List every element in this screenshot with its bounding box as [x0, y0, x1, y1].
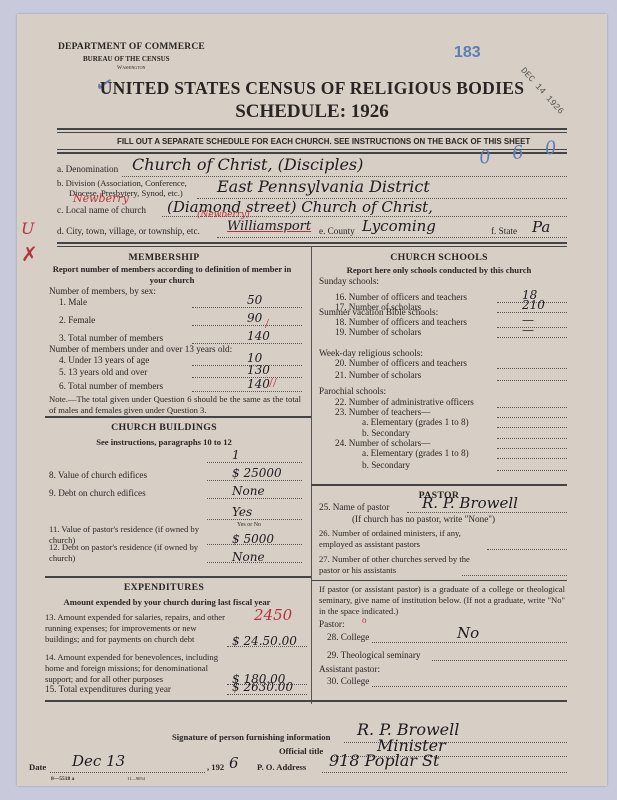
schools-row-6-label: 21. Number of scholars	[335, 370, 421, 380]
expenditures-q13-value[interactable]: $ 24.50.00	[232, 634, 297, 648]
form-number: 8—5518 a	[51, 776, 74, 782]
local-name-correction: Newberry	[73, 192, 129, 205]
expenditure-q13-correction: 2450	[254, 606, 292, 624]
membership-q1-label: 1. Male	[59, 297, 87, 307]
division-label-1: b. Division (Association, Conference,	[57, 178, 187, 188]
red-tick-icon: /	[265, 317, 269, 333]
expenditures-q14-label: 14. Amount expended for benevolences, in…	[45, 652, 225, 685]
official-title-label: Official title	[279, 746, 323, 756]
membership-q2-value[interactable]: 90	[247, 311, 262, 325]
state-value[interactable]: Pa	[532, 218, 550, 236]
department-label: DEPARTMENT OF COMMERCE	[58, 42, 205, 52]
census-schedule-form: DEPARTMENT OF COMMERCE BUREAU OF THE CEN…	[17, 14, 607, 786]
church-schools-title: CHURCH SCHOOLS	[311, 252, 567, 263]
yes-no-hint: Yes or No	[237, 522, 261, 528]
q28-label: 28. College	[327, 632, 369, 642]
membership-q2-label: 2. Female	[59, 315, 95, 325]
expenditures-q13-label: 13. Amount expended for salaries, repair…	[45, 612, 225, 645]
weekday-schools-label: Week-day religious schools:	[319, 348, 423, 358]
po-address-value[interactable]: 918 Poplar St	[329, 751, 439, 770]
graduate-instructions: If pastor (or assistant pastor) is a gra…	[319, 584, 565, 617]
schools-row-12-label: a. Elementary (grades 1 to 8)	[362, 448, 469, 458]
form-title: UNITED STATES CENSUS OF RELIGIOUS BODIES	[17, 78, 607, 99]
q30-label: 30. College	[327, 676, 369, 686]
schools-row-5-label: 20. Number of officers and teachers	[335, 358, 467, 368]
membership-title: MEMBERSHIP	[17, 252, 311, 263]
schools-row-2-label: 17. Number of scholars	[335, 302, 421, 312]
schools-row-4-label: 19. Number of scholars	[335, 327, 421, 337]
date-label: Date	[29, 762, 46, 772]
pastor-name-value[interactable]: R. P. Browell	[422, 494, 518, 512]
buildings-title: CHURCH BUILDINGS	[17, 422, 311, 433]
assistant-pastor-label: Assistant pastor:	[319, 664, 380, 674]
schools-row-1-label: 16. Number of officers and teachers	[335, 292, 467, 302]
pastor-sub-label: Pastor:	[319, 619, 345, 629]
po-address-label: P. O. Address	[257, 762, 306, 772]
buildings-q12-value[interactable]: None	[232, 550, 265, 564]
pastor-name-hint: (If church has no pastor, write "None")	[352, 514, 495, 524]
q27-label: 27. Number of other churches served by t…	[319, 554, 479, 576]
local-name-label: c. Local name of church	[57, 205, 146, 215]
expenditures-q15-label: 15. Total expenditures during year	[45, 684, 171, 694]
membership-q6-label: 6. Total number of members	[59, 381, 163, 391]
signature-label: Signature of person furnishing informati…	[172, 732, 330, 742]
city-value[interactable]: Williamsport	[227, 219, 311, 234]
schools-row-9-label: a. Elementary (grades 1 to 8)	[362, 417, 469, 427]
sunday-schools-label: Sunday schools:	[319, 276, 379, 286]
expenditures-q15-value[interactable]: $ 2630.00	[232, 680, 293, 694]
year-suffix[interactable]: 6	[229, 754, 239, 772]
parochial-schools-label: Parochial schools:	[319, 386, 386, 396]
division-value[interactable]: East Pennsylvania District	[217, 177, 430, 196]
buildings-q12-label: 12. Debt on pastor's residence (if owned…	[49, 542, 224, 564]
denomination-label: a. Denomination	[57, 164, 118, 174]
red-margin-mark: U	[21, 219, 34, 238]
buildings-q8-value[interactable]: $ 25000	[232, 466, 282, 480]
buildings-q9-label: 9. Debt on church edifices	[49, 488, 146, 498]
q29-label: 29. Theological seminary	[327, 650, 420, 660]
county-value[interactable]: Lycoming	[362, 217, 436, 235]
denomination-value[interactable]: Church of Christ, (Disciples)	[132, 155, 363, 174]
church-schools-subtitle: Report here only schools conducted by th…	[311, 265, 567, 275]
date-value[interactable]: Dec 13	[72, 752, 125, 770]
q26-label: 26. Number of ordained ministers, if any…	[319, 528, 479, 550]
membership-q3-label: 3. Total number of members	[59, 333, 163, 343]
year-prefix: , 192	[207, 762, 224, 772]
buildings-q9-value[interactable]: None	[232, 484, 265, 498]
buildings-q11-value[interactable]: $ 5000	[232, 532, 274, 546]
membership-q5-label: 5. 13 years old and over	[59, 367, 147, 377]
buildings-subtitle: See instructions, paragraphs 10 to 12	[17, 437, 311, 447]
buildings-q8-label: 8. Value of church edifices	[49, 470, 147, 480]
expenditures-title: EXPENDITURES	[17, 582, 311, 593]
schools-row-13-label: b. Secondary	[362, 460, 410, 470]
membership-q5-value[interactable]: 130	[247, 363, 270, 377]
membership-q4-label: 4. Under 13 years of age	[59, 355, 149, 365]
members-by-sex-label: Number of members, by sex:	[49, 286, 156, 296]
instruction-banner: FILL OUT A SEPARATE SCHEDULE FOR EACH CH…	[117, 136, 530, 146]
membership-q6-value[interactable]: 140	[247, 377, 270, 391]
print-code: 11—9054	[127, 776, 145, 781]
county-label: e. County	[319, 226, 355, 236]
schools-row-8-label: 23. Number of teachers—	[335, 407, 430, 417]
members-by-age-label: Number of members under and over 13 year…	[49, 344, 232, 354]
bureau-label: BUREAU OF THE CENSUS	[83, 55, 170, 63]
schools-row-2-value[interactable]: 210	[522, 298, 545, 312]
schools-row-11-label: 24. Number of scholars—	[335, 438, 430, 448]
q28-value[interactable]: No	[457, 624, 479, 642]
stamp-number: 183	[454, 44, 481, 62]
buildings-q7-value[interactable]: 1	[232, 448, 240, 462]
schools-row-10-label: b. Secondary	[362, 428, 410, 438]
pastor-name-label: 25. Name of pastor	[319, 502, 389, 512]
schools-row-3-label: 18. Number of officers and teachers	[335, 317, 467, 327]
membership-note: Note.—The total given under Question 6 s…	[49, 394, 301, 416]
city-label: Washington	[117, 65, 145, 71]
schools-row-4-value[interactable]: —	[522, 323, 534, 337]
state-label: f. State	[491, 226, 517, 236]
red-circle-mark: o	[362, 615, 367, 625]
schools-row-7-label: 22. Number of administrative officers	[335, 397, 474, 407]
buildings-q10-value[interactable]: Yes	[232, 505, 252, 519]
membership-q1-value[interactable]: 50	[247, 293, 262, 307]
red-double-tick-icon: //	[269, 376, 277, 392]
membership-subtitle: Report number of members according to de…	[52, 264, 292, 286]
city-town-label: d. City, town, village, or township, etc…	[57, 226, 200, 236]
schedule-title: SCHEDULE: 1926	[17, 101, 607, 123]
